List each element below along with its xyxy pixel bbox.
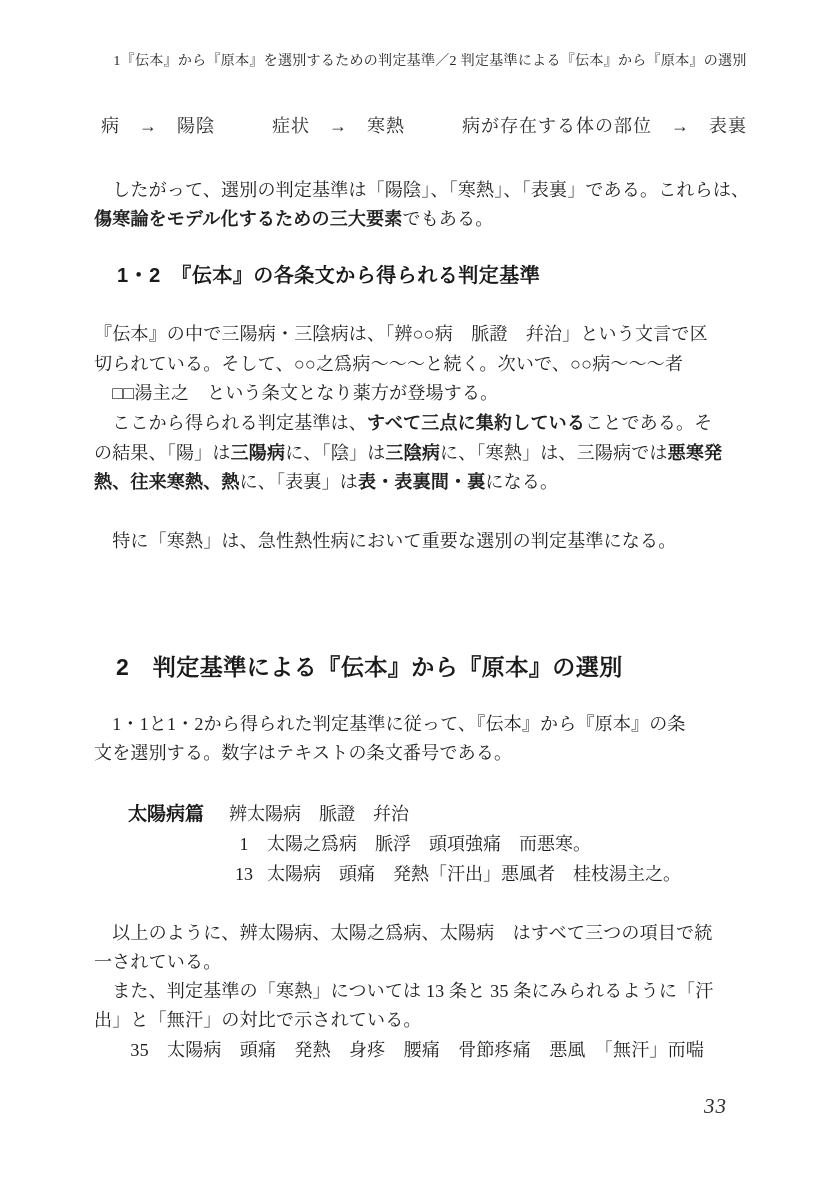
- bold-saninbyo: 三陰病: [385, 443, 440, 463]
- p3l2-normal2: に、「陰」は: [285, 443, 385, 463]
- bold-three-points: すべて三点に集約している: [367, 413, 585, 433]
- paragraph6-line1: 以上のように、辨太陽病、太陽之爲病、太陽病 はすべて三つの項目で統: [94, 919, 712, 948]
- running-head: 1『伝本』から『原本』を選別するための判定基準／2 判定基準による『伝本』から『…: [70, 50, 790, 70]
- criteria-mapping-line: 病 → 陽陰 症状 → 寒熱 病が存在する体の部位 → 表裏: [101, 112, 747, 138]
- book-page: 1『伝本』から『原本』を選別するための判定基準／2 判定基準による『伝本』から『…: [0, 0, 830, 1179]
- paragraph-kannetsu: 特に「寒熱」は、急性熱性病において重要な選別の判定基準になる。: [94, 527, 676, 556]
- taiyobyo-chapter-label: 太陽病篇: [128, 799, 204, 826]
- clause-text: 太陽病 頭痛 発熱「汗出」悪風者 桂枝湯主之。: [267, 864, 681, 884]
- paragraph6-line4: 出」と「無汗」の対比で示されている。: [94, 1006, 422, 1035]
- bold-three-elements: 傷寒論をモデル化するための三大要素: [94, 209, 403, 229]
- p3l3-normal1: に、「表裏」は: [240, 472, 358, 492]
- paragraph3-line1: ここから得られる判定基準は、すべて三点に集約していることである。そ: [94, 409, 712, 438]
- clause-row-1: 1太陽之爲病 脈浮 頭項強痛 而悪寒。: [229, 830, 591, 856]
- bold-hyo-ri: 表・表裏間・裏: [358, 472, 485, 492]
- paragraph2-line1: 『伝本』の中で三陽病・三陰病は、「辨○○病 脈證 幷治」という文言で区: [94, 320, 708, 349]
- paragraph-intro-line1: したがって、選別の判定基準は「陽陰」、「寒熱」、「表裏」である。これらは、: [94, 176, 749, 205]
- clause-number: 1: [229, 834, 259, 855]
- p3l1-rest: ことである。そ: [585, 413, 712, 433]
- bold-netsu-orai: 熱、往来寒熱、熱: [94, 472, 240, 492]
- p3l1-normal: ここから得られる判定基準は、: [94, 413, 367, 433]
- paragraph3-line2: の結果、「陽」は三陽病に、「陰」は三陰病に、「寒熱」は、三陽病では悪寒発: [94, 439, 722, 468]
- clause-text: 太陽之爲病 脈浮 頭項強痛 而悪寒。: [267, 834, 591, 854]
- section-heading-2: 2 判定基準による『伝本』から『原本』の選別: [116, 649, 623, 682]
- clause-row-13: 13太陽病 頭痛 発熱「汗出」悪風者 桂枝湯主之。: [229, 860, 681, 886]
- paragraph5-line2: 文を選別する。数字はテキストの条文番号である。: [94, 739, 512, 768]
- clause-number: 13: [229, 864, 259, 885]
- paragraph-intro-line2: 傷寒論をモデル化するための三大要素でもある。: [94, 205, 494, 234]
- paragraph6-line3: また、判定基準の「寒熱」については 13 条と 35 条にみられるように「汗: [94, 977, 713, 1006]
- paragraph3-line3: 熱、往来寒熱、熱に、「表裏」は表・表裏間・裏になる。: [94, 468, 558, 497]
- paragraph2-line2: 切られている。そして、○○之爲病〜〜〜と続く。次いで、○○病〜〜〜者: [94, 350, 683, 379]
- p3l2-normal3: に、「寒熱」は、三陽病では: [440, 443, 668, 463]
- paragraph5-line1: 1・1と1・2から得られた判定基準に従って、『伝本』から『原本』の条: [94, 710, 686, 739]
- p3l3-rest: になる。: [485, 472, 558, 492]
- bold-sanyobyo: 三陽病: [231, 443, 286, 463]
- p3l2-normal1: の結果、「陽」は: [94, 443, 231, 463]
- page-number: 33: [704, 1094, 727, 1119]
- bold-okan-hatsu: 悪寒発: [668, 443, 723, 463]
- paragraph2-line3: □□湯主之 という条文となり薬方が登場する。: [94, 379, 498, 408]
- line2-rest: でもある。: [403, 209, 494, 229]
- clause-row-35: 35 太陽病 頭痛 発熱 身疼 腰痛 骨節疼痛 悪風 「無汗」而喘: [94, 1036, 704, 1065]
- section-heading-1-2: 1・2 『伝本』の各条文から得られる判定基準: [117, 259, 540, 288]
- paragraph6-line2: 一されている。: [94, 948, 221, 977]
- taiyobyo-chapter-title: 辨太陽病 脈證 幷治: [229, 800, 409, 826]
